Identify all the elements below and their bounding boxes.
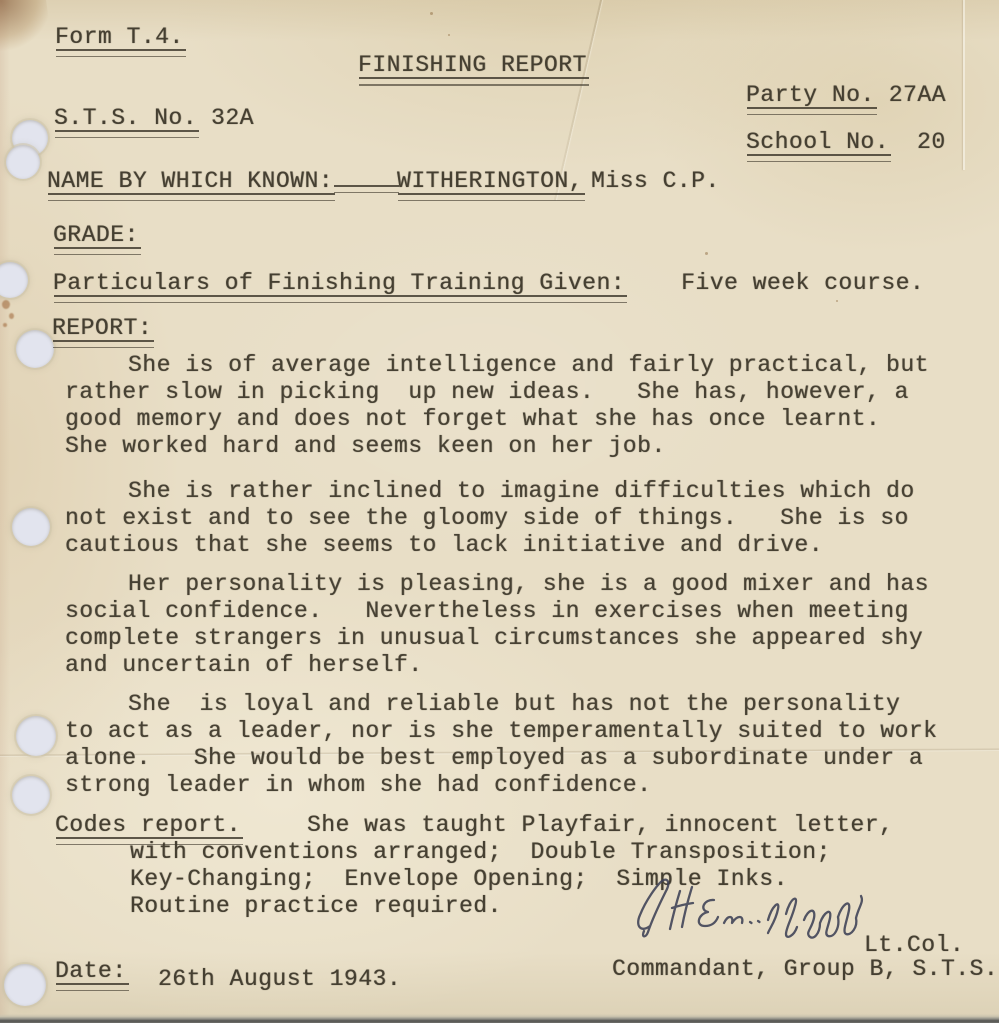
report-paragraph-1: She is of average intelligence and fairl… — [65, 352, 985, 460]
punch-hole — [12, 776, 50, 814]
name-value: WITHERINGTON, — [397, 168, 583, 195]
punch-hole — [16, 716, 56, 756]
punch-hole — [0, 262, 28, 298]
form-number-text: Form T.4. — [55, 24, 184, 51]
name-row: NAME BY WHICH KNOWN:WITHERINGTON,Miss C.… — [47, 168, 720, 195]
school-no-label: School No. — [746, 129, 889, 156]
rust-spot — [2, 300, 10, 309]
school-no-value: 20 — [917, 129, 946, 155]
signature-rank: Lt.Col. — [864, 932, 964, 959]
codes-report-label: Codes report. — [55, 812, 241, 839]
sts-no-row: S.T.S. No.32A — [54, 105, 254, 132]
grade-label: GRADE: — [53, 222, 139, 249]
school-no-row: School No.20 — [746, 129, 946, 156]
party-no-row: Party No.27AA — [746, 82, 946, 109]
report-paragraph-4: She is loyal and reliable but has not th… — [65, 691, 985, 799]
party-no-value: 27AA — [889, 82, 946, 108]
punch-hole — [12, 508, 50, 546]
report-title: FINISHING REPORT — [358, 52, 587, 79]
report-title-text: FINISHING REPORT — [358, 52, 587, 79]
report-label-row: REPORT: — [52, 315, 152, 342]
signature-title: Commandant, Group B, S.T.S. — [612, 956, 998, 983]
codes-report-first-text: She was taught Playfair, innocent letter… — [307, 812, 893, 838]
punch-hole — [16, 330, 54, 368]
form-number: Form T.4. — [55, 24, 184, 51]
rust-spot — [9, 313, 14, 319]
report-paragraph-2: She is rather inclined to imagine diffic… — [65, 478, 985, 559]
punch-hole — [6, 145, 40, 179]
particulars-label: Particulars of Finishing Training Given: — [53, 270, 625, 297]
date-label: Date: — [55, 958, 127, 985]
paper-speck — [430, 12, 433, 15]
sts-no-value: 32A — [211, 105, 254, 131]
codes-report-first-line: Codes report.She was taught Playfair, in… — [55, 812, 985, 839]
punch-hole — [4, 964, 46, 1006]
paper-speck — [448, 34, 450, 36]
signature-scribble — [628, 876, 864, 942]
grade-row: GRADE: — [53, 222, 139, 249]
report-paragraph-3: Her personality is pleasing, she is a go… — [65, 571, 985, 679]
report-label: REPORT: — [52, 315, 152, 342]
scan-bottom-edge — [0, 1014, 999, 1023]
paper-speck — [836, 300, 838, 302]
particulars-value: Five week course. — [681, 270, 924, 296]
document-scan: Form T.4. FINISHING REPORT Party No.27AA… — [0, 0, 999, 1023]
corner-stain — [0, 0, 52, 54]
paper-speck — [705, 252, 708, 255]
date-value: 26th August 1943. — [158, 966, 401, 993]
name-label: NAME BY WHICH KNOWN: — [47, 168, 333, 195]
particulars-row: Particulars of Finishing Training Given:… — [53, 270, 924, 297]
party-no-label: Party No. — [746, 82, 875, 109]
vertical-crease — [963, 0, 965, 170]
name-value-suffix: Miss C.P. — [591, 168, 720, 194]
sts-no-label: S.T.S. No. — [54, 105, 197, 132]
date-row: Date: — [55, 958, 127, 985]
rust-spot — [3, 323, 7, 327]
